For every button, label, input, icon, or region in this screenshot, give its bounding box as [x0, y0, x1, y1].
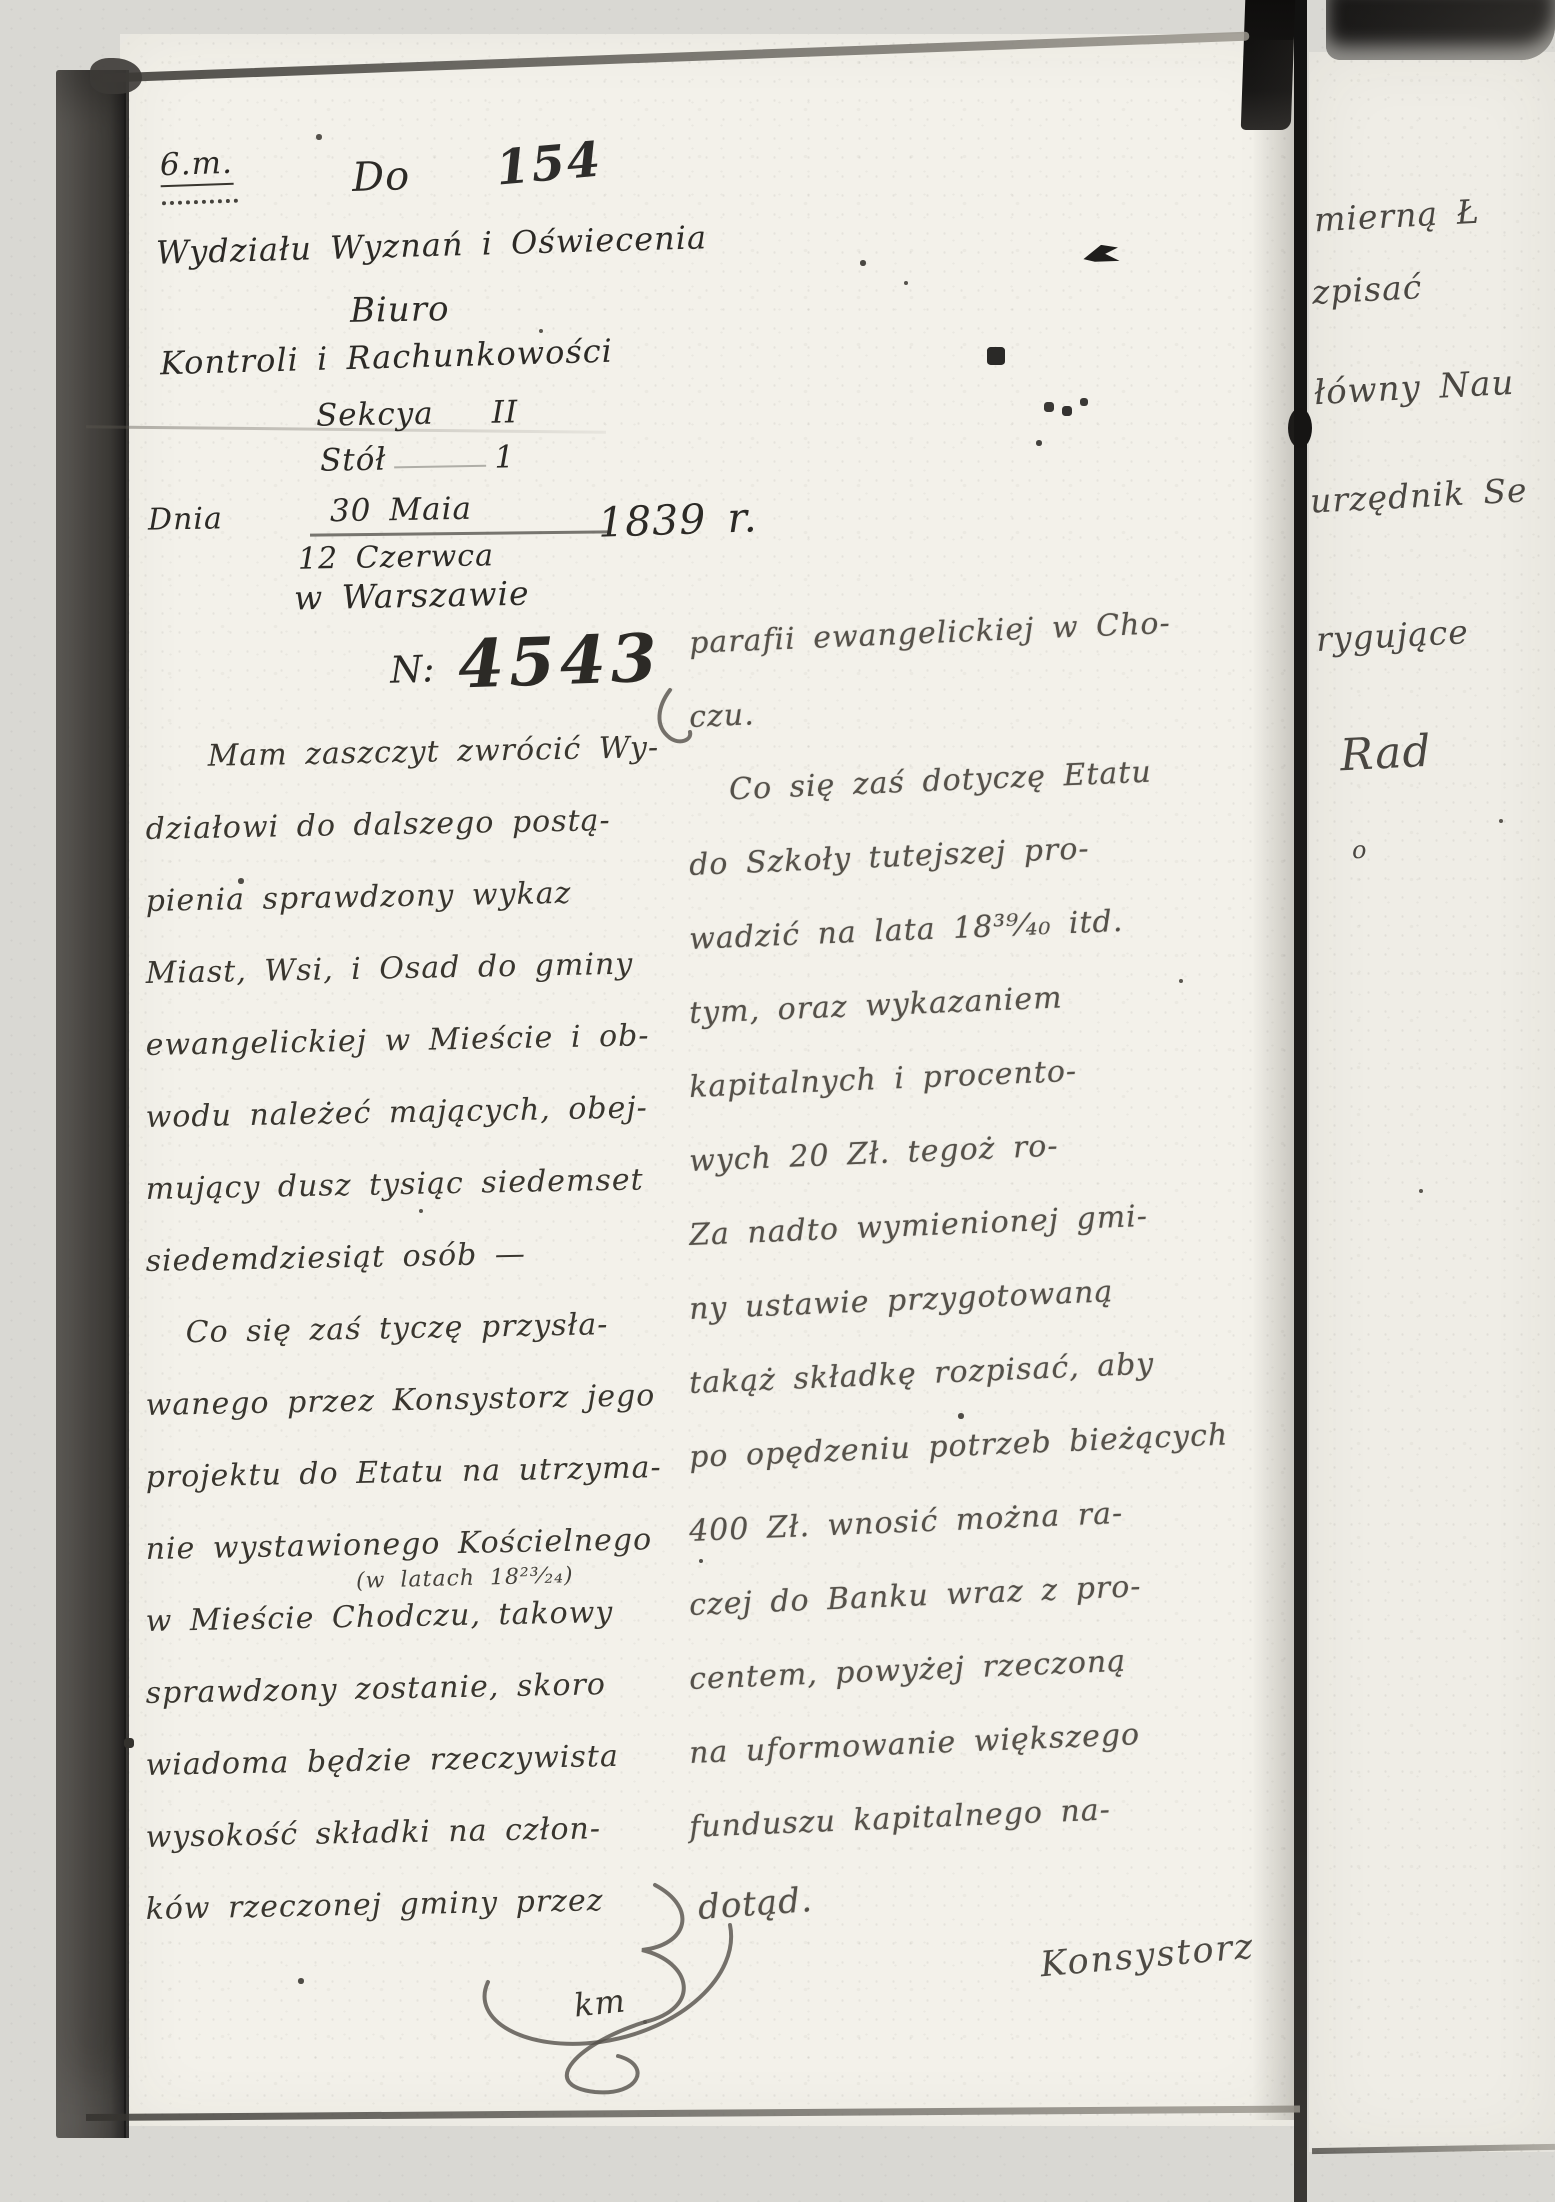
signature-paraph-flourish: [430, 1870, 770, 2120]
desk-dash-line: [395, 465, 487, 469]
scanned-document: 6.m. Do 154 Wydziału Wyznań i Oświecenia…: [0, 0, 1555, 2202]
document-number: 4543: [457, 618, 663, 703]
manuscript-line: projektu do Etatu na utrzyma-: [145, 1448, 746, 1532]
desk-row: Stół 1: [320, 439, 516, 478]
page-top-corner-shadow: [90, 58, 142, 94]
manuscript-line: w Mieście Chodczu, takowy: [145, 1592, 746, 1676]
manuscript-line: wodu należeć mających, obej-: [145, 1088, 746, 1172]
letterhead-bureau: Biuro: [350, 289, 450, 331]
date-new-style: 12 Czerwca: [298, 538, 495, 576]
body-left-column: Mam zaszczyt zwrócić Wy- działowi do dal…: [146, 740, 746, 1964]
manuscript-line: siedemdziesiąt osób —: [145, 1232, 746, 1316]
manuscript-line: Mam zaszczyt zwrócić Wy-: [145, 728, 746, 812]
manuscript-line: Co się zaś tyczę przysła-: [145, 1304, 746, 1388]
manuscript-line: wiadoma będzie rzeczywista: [145, 1736, 746, 1820]
corner-mark: 6.m.: [159, 145, 233, 188]
manuscript-line: ewangelickiej w Mieście i ob-: [145, 1016, 746, 1100]
section-label: Sekcya: [316, 396, 434, 434]
manuscript-line: sprawdzony zostanie, skoro: [145, 1664, 746, 1748]
place-line: w Warszawie: [294, 574, 530, 618]
page-gutter-line: [1294, 0, 1307, 2202]
section-value: II: [491, 394, 518, 430]
number-label: N:: [389, 647, 436, 692]
manuscript-line: wanego przez Konsystorz jego: [145, 1376, 746, 1460]
right-page-fragment: rygujące: [1315, 612, 1470, 659]
right-page-fragment: o: [1351, 836, 1368, 865]
binding-band: [56, 70, 126, 2138]
desk-value: 1: [494, 439, 515, 475]
desk-label: Stół: [320, 442, 387, 479]
top-right-dark-band: [1326, 0, 1555, 60]
folio-number: 154: [494, 131, 605, 196]
date-label: Dnia: [148, 501, 223, 537]
date-year: 1839 r.: [597, 493, 758, 547]
body-right-column: parafii ewangelickiej w Cho- czu. Co się…: [690, 626, 1265, 1884]
section-row: Sekcya II: [316, 394, 519, 434]
manuscript-line: mujący dusz tysiąc siedemset: [145, 1160, 746, 1244]
right-page-fragment: Rad: [1339, 726, 1433, 782]
right-page-fragment: zpisać: [1311, 267, 1423, 312]
manuscript-line: pienia sprawdzony wykaz: [145, 872, 746, 956]
manuscript-line: Miast, Wsi, i Osad do gminy: [145, 944, 746, 1028]
date-old-style: 30 Maia: [330, 491, 473, 529]
manuscript-line: działowi do dalszego postą-: [145, 800, 746, 884]
ink-specks: [0, 0, 2, 2]
addressee-prefix: Do: [351, 153, 411, 201]
